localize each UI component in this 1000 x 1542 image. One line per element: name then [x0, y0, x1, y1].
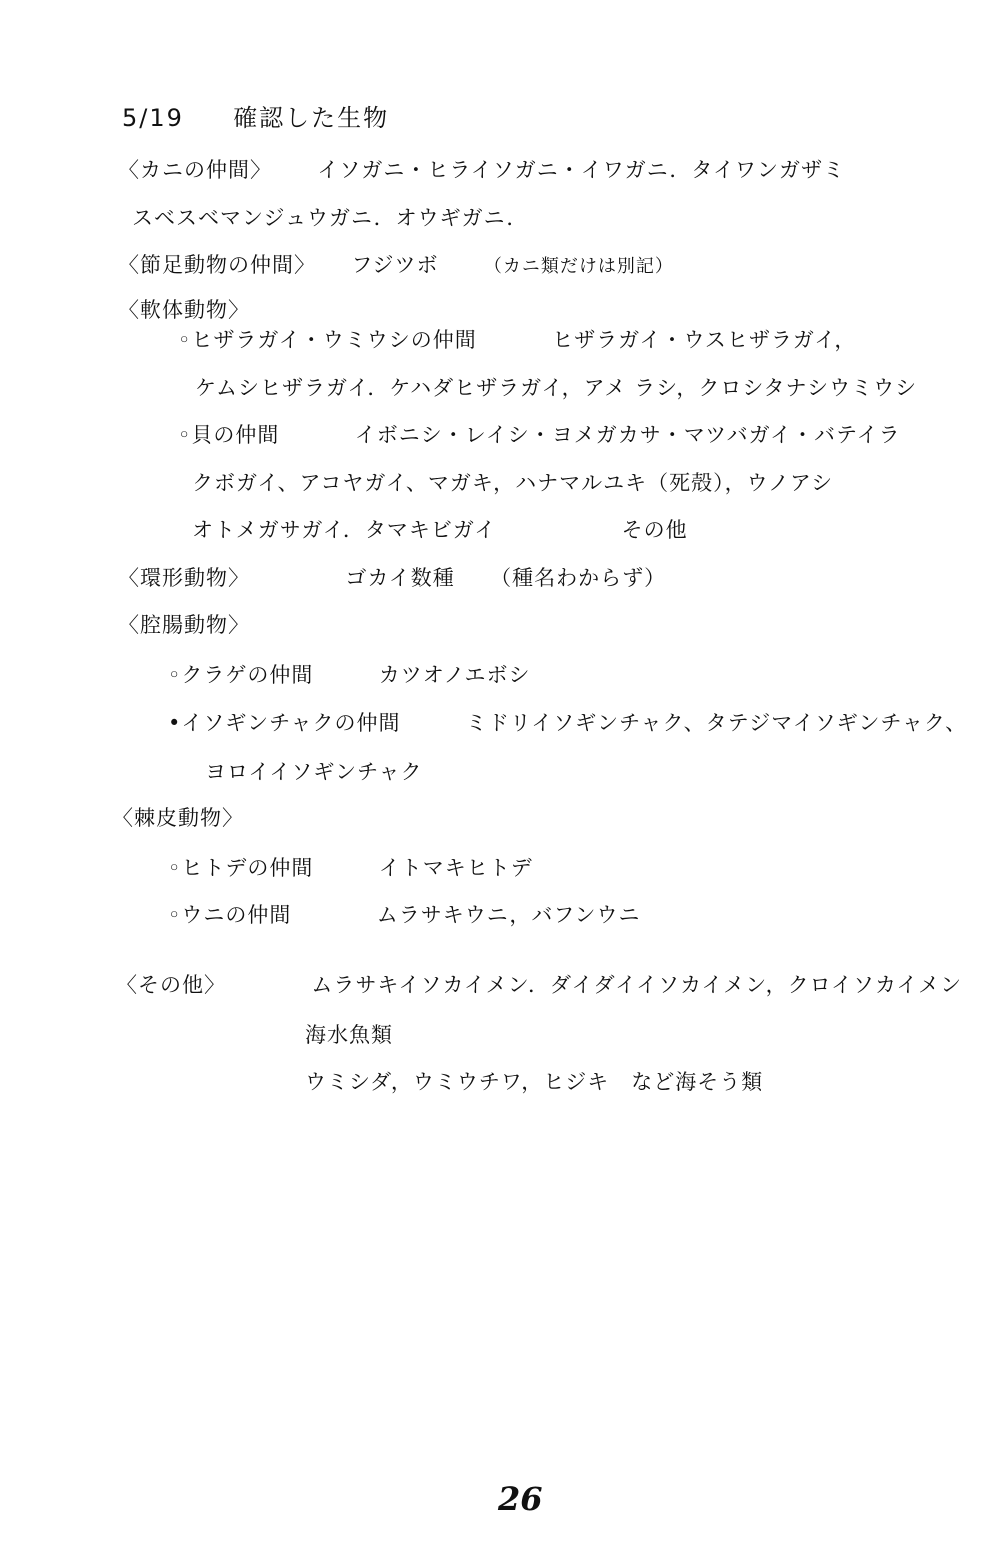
- page-number: 26: [498, 1480, 543, 1518]
- shells-list-3: オトメガサガイ．タマキビガイ: [192, 518, 496, 542]
- chiton-row-1: ◦ヒザラガイ・ウミウシの仲間 ヒザラガイ・ウスヒザラガイ，: [178, 325, 856, 355]
- starfish-label: ◦ヒトデの仲間: [168, 856, 313, 880]
- urchins-items: ムラサキウニ，バフンウニ: [377, 903, 641, 927]
- other-seaweed: ウミシダ，ウミウチワ，ヒジキ など海そう類: [305, 1070, 763, 1094]
- chiton-list-1: ヒザラガイ・ウスヒザラガイ，: [552, 328, 856, 352]
- crabs-header: 〈カニの仲間〉: [118, 158, 272, 182]
- arthropods-header: 〈節足動物の仲間〉: [118, 253, 316, 277]
- other-sponges: ムラサキイソカイメン．ダイダイイソカイメン，クロイソカイメン: [311, 973, 962, 997]
- chiton-list-2: ケムシヒザラガイ．ケハダヒザラガイ，アメ ラシ，クロシタナシウミウシ: [195, 376, 917, 400]
- crabs-list-2: スベスベマンジュウガニ．オウギガニ．: [132, 206, 528, 230]
- shells-row-2: クボガイ、アコヤガイ、マガキ，ハナマルユキ（死殻），ウノアシ: [192, 468, 833, 498]
- shells-row-1: ◦貝の仲間 イボニシ・レイシ・ヨメガカサ・マツバガイ・バテイラ: [178, 420, 901, 450]
- anemones-list-2: ヨロイイソギンチャク: [205, 760, 422, 784]
- arthropods-items: フジツボ: [351, 253, 438, 277]
- jellyfish-label: ◦クラゲの仲間: [168, 663, 313, 687]
- mollusks-header: 〈軟体動物〉: [118, 295, 250, 325]
- chiton-label: ◦ヒザラガイ・ウミウシの仲間: [178, 328, 477, 352]
- arthropods-note: （カニ類だけは別記）: [484, 256, 674, 277]
- other-fish: 海水魚類: [305, 1023, 393, 1047]
- shells-list-1: イボニシ・レイシ・ヨメガカサ・マツバガイ・バテイラ: [355, 423, 901, 447]
- crabs-row-2: スベスベマンジュウガニ．オウギガニ．: [132, 203, 528, 233]
- shells-row-3: オトメガサガイ．タマキビガイ その他: [192, 515, 688, 545]
- page-title: 5/19 確認した生物: [122, 103, 389, 133]
- chiton-row-2: ケムシヒザラガイ．ケハダヒザラガイ，アメ ラシ，クロシタナシウミウシ: [195, 373, 917, 403]
- anemones-row-2: ヨロイイソギンチャク: [205, 757, 422, 787]
- other-row-1: 〈その他〉 ムラサキイソカイメン．ダイダイイソカイメン，クロイソカイメン: [116, 970, 962, 1000]
- jellyfish-row: ◦クラゲの仲間 カツオノエボシ: [168, 660, 530, 690]
- title-text: 確認した生物: [233, 104, 389, 132]
- annelids-row: 〈環形動物〉 ゴカイ数種 （種名わからず）: [118, 563, 666, 593]
- jellyfish-items: カツオノエボシ: [379, 663, 531, 687]
- other-row-3: ウミシダ，ウミウチワ，ヒジキ など海そう類: [305, 1067, 763, 1097]
- echinoderms-header-text: 〈棘皮動物〉: [112, 806, 244, 830]
- cnidarians-header-text: 〈腔腸動物〉: [118, 613, 250, 637]
- notebook-page: 5/19 確認した生物 〈カニの仲間〉 イソガニ・ヒライソガニ・イワガニ．タイワ…: [0, 0, 1000, 1542]
- other-header: 〈その他〉: [116, 973, 226, 997]
- urchins-label: ◦ウニの仲間: [168, 903, 291, 927]
- starfish-row: ◦ヒトデの仲間 イトマキヒトデ: [168, 853, 533, 883]
- anemones-list-1: ミドリイソギンチャク、タテジマイソギンチャク、: [466, 711, 967, 735]
- mollusks-header-text: 〈軟体動物〉: [118, 298, 250, 322]
- shells-list-2: クボガイ、アコヤガイ、マガキ，ハナマルユキ（死殻），ウノアシ: [192, 471, 833, 495]
- shells-other: その他: [622, 518, 688, 542]
- cnidarians-header: 〈腔腸動物〉: [118, 610, 250, 640]
- annelids-header: 〈環形動物〉: [118, 566, 250, 590]
- annelids-items: ゴカイ数種: [345, 566, 454, 590]
- arthropods-row: 〈節足動物の仲間〉 フジツボ （カニ類だけは別記）: [118, 250, 674, 282]
- shells-label: ◦貝の仲間: [178, 423, 279, 447]
- echinoderms-header: 〈棘皮動物〉: [112, 803, 244, 833]
- urchins-row: ◦ウニの仲間 ムラサキウニ，バフンウニ: [168, 900, 641, 930]
- title-date: 5/19: [122, 104, 184, 132]
- crabs-list-1: イソガニ・ヒライソガニ・イワガニ．タイワンガザミ: [317, 158, 845, 182]
- starfish-items: イトマキヒトデ: [379, 856, 533, 880]
- anemones-label: •イソギンチャクの仲間: [168, 711, 401, 735]
- other-row-2: 海水魚類: [305, 1020, 393, 1050]
- crabs-row-1: 〈カニの仲間〉 イソガニ・ヒライソガニ・イワガニ．タイワンガザミ: [118, 155, 845, 185]
- anemones-row-1: •イソギンチャクの仲間 ミドリイソギンチャク、タテジマイソギンチャク、: [168, 708, 967, 738]
- annelids-note: （種名わからず）: [490, 566, 666, 590]
